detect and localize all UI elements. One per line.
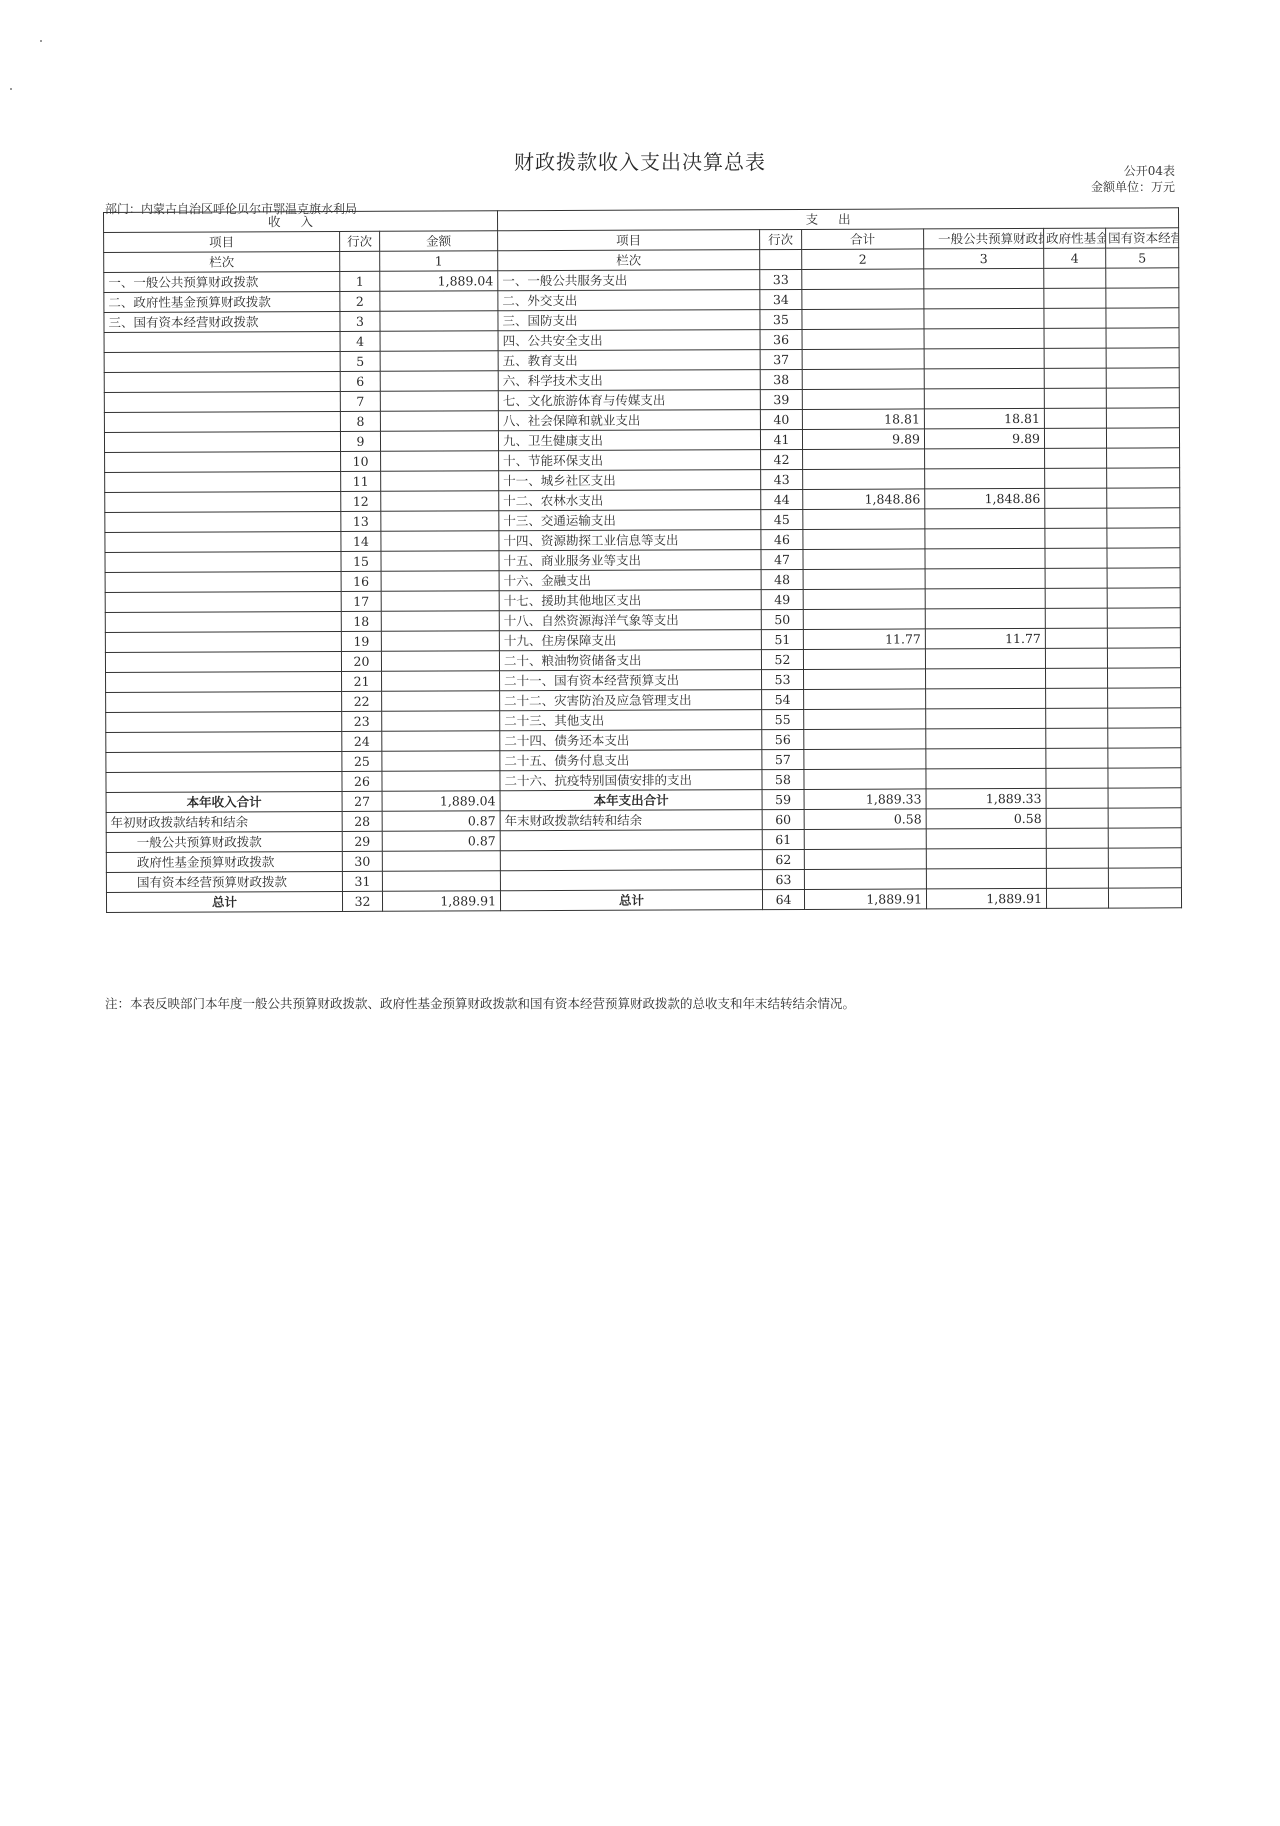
income-line-cell: 8: [340, 411, 380, 431]
income-item-cell: [104, 371, 340, 392]
index-label: 栏次: [104, 251, 340, 272]
expense-line-cell: 62: [762, 849, 804, 869]
expense-item-cell: 本年支出合计: [500, 790, 762, 811]
expense-line-cell: 41: [760, 429, 802, 449]
expense-item-cell: 二十六、抗疫特别国债安排的支出: [500, 770, 762, 791]
expense-general-cell: 9.89: [924, 428, 1044, 449]
expense-item-cell: 二十、粮油物资储备支出: [499, 650, 761, 671]
expense-state-capital-cell: [1106, 388, 1179, 408]
expense-general-cell: [925, 568, 1045, 589]
col-income-amount: 金额: [380, 231, 498, 252]
income-amount-cell: [381, 571, 499, 592]
income-amount-cell: [381, 531, 499, 552]
expense-gov-fund-cell: [1044, 268, 1106, 288]
expense-line-cell: 54: [762, 689, 804, 709]
expense-state-capital-cell: [1108, 788, 1181, 808]
expense-gov-fund-cell: [1045, 488, 1107, 508]
expense-total-cell: 1,889.33: [804, 789, 926, 810]
expense-state-capital-cell: [1107, 668, 1180, 688]
income-line-cell: 12: [341, 491, 381, 511]
expense-state-capital-cell: [1108, 888, 1181, 908]
expense-line-cell: 42: [761, 449, 803, 469]
income-item-cell: [105, 471, 341, 492]
index-1: 1: [380, 251, 498, 272]
expense-state-capital-cell: [1106, 348, 1179, 368]
income-amount-cell: [381, 591, 499, 612]
expense-total-cell: [804, 669, 926, 690]
expense-line-cell: 40: [760, 409, 802, 429]
income-line-cell: 28: [342, 811, 382, 831]
index-4: 4: [1044, 248, 1106, 268]
amount-unit: 金额单位：万元: [1091, 178, 1175, 195]
income-item-cell: 本年收入合计: [106, 791, 342, 812]
expense-total-cell: [803, 529, 925, 550]
expense-state-capital-cell: [1107, 548, 1180, 568]
expense-state-capital-cell: [1107, 608, 1180, 628]
expense-general-cell: [924, 348, 1044, 369]
expense-general-cell: [925, 508, 1045, 529]
expense-item-cell: 五、教育支出: [498, 350, 760, 371]
expense-total-cell: [802, 309, 924, 330]
income-item-cell: 政府性基金预算财政拨款: [106, 851, 342, 872]
expense-gov-fund-cell: [1045, 588, 1107, 608]
income-line-cell: 20: [341, 651, 381, 671]
income-amount-cell: [380, 391, 498, 412]
expense-state-capital-cell: [1106, 308, 1179, 328]
income-line-cell: 4: [340, 331, 380, 351]
income-item-cell: [104, 351, 340, 372]
expense-state-capital-cell: [1108, 868, 1181, 888]
expense-total-cell: 1,848.86: [803, 489, 925, 510]
expense-general-cell: [926, 868, 1046, 889]
income-amount-cell: [380, 411, 498, 432]
expense-gov-fund-cell: [1045, 448, 1107, 468]
income-amount-cell: [382, 751, 500, 772]
income-line-cell: 32: [342, 891, 382, 911]
expense-item-cell: 二十三、其他支出: [500, 710, 762, 731]
expense-item-cell: [500, 870, 762, 891]
expense-gov-fund-cell: [1046, 808, 1108, 828]
expense-state-capital-cell: [1108, 848, 1181, 868]
table-row: 总计321,889.91总计641,889.911,889.91: [106, 888, 1181, 913]
expense-item-cell: 年末财政拨款结转和结余: [500, 810, 762, 831]
expense-item-cell: 六、科学技术支出: [498, 370, 760, 391]
expense-gov-fund-cell: [1045, 568, 1107, 588]
income-line-cell: 2: [340, 291, 380, 311]
expense-gov-fund-cell: [1044, 348, 1106, 368]
expense-gov-fund-cell: [1046, 848, 1108, 868]
expense-item-cell: 十二、农林水支出: [499, 490, 761, 511]
income-amount-cell: [380, 351, 498, 372]
expense-gov-fund-cell: [1046, 668, 1108, 688]
expense-general-cell: 18.81: [924, 408, 1044, 429]
col-expense-item: 项目: [498, 230, 760, 251]
expense-state-capital-cell: [1107, 568, 1180, 588]
page-title: 财政拨款收入支出决算总表: [0, 146, 1280, 175]
expense-total-cell: 9.89: [802, 429, 924, 450]
income-amount-cell: [382, 771, 500, 792]
expense-gov-fund-cell: [1044, 308, 1106, 328]
expense-state-capital-cell: [1108, 748, 1181, 768]
expense-gov-fund-cell: [1046, 688, 1108, 708]
income-amount-cell: [382, 871, 500, 892]
expense-line-cell: 34: [760, 289, 802, 309]
col-expense-line: 行次: [760, 229, 802, 249]
expense-state-capital-cell: [1108, 708, 1181, 728]
expense-item-cell: 十五、商业服务业等支出: [499, 550, 761, 571]
expense-gov-fund-cell: [1044, 408, 1106, 428]
expense-general-cell: [926, 708, 1046, 729]
income-item-cell: [106, 691, 342, 712]
income-line-cell: 13: [341, 511, 381, 531]
income-line-cell: 9: [340, 431, 380, 451]
expense-general-cell: [926, 668, 1046, 689]
income-item-cell: [105, 511, 341, 532]
col-expense-state-capital: 国有资本经营预算财政拨款: [1106, 228, 1179, 248]
expense-general-cell: [926, 848, 1046, 869]
expense-total-cell: [803, 469, 925, 490]
income-item-cell: [105, 651, 341, 672]
expense-total-cell: [803, 569, 925, 590]
income-line-cell: 14: [341, 531, 381, 551]
expense-general-cell: [924, 308, 1044, 329]
form-code: 公开04表: [1124, 162, 1175, 179]
expense-total-cell: [804, 749, 926, 770]
expense-state-capital-cell: [1106, 368, 1179, 388]
expense-line-cell: 47: [761, 549, 803, 569]
expense-total-cell: 0.58: [804, 809, 926, 830]
income-amount-cell: [381, 611, 499, 632]
expense-gov-fund-cell: [1046, 748, 1108, 768]
expense-total-cell: [802, 389, 924, 410]
expense-total-cell: [803, 589, 925, 610]
expense-line-cell: 33: [760, 269, 802, 289]
expense-total-cell: [804, 829, 926, 850]
expense-item-cell: 十、节能环保支出: [499, 450, 761, 471]
expense-item-cell: 十八、自然资源海洋气象等支出: [499, 610, 761, 631]
income-amount-cell: [381, 651, 499, 672]
expense-gov-fund-cell: [1046, 888, 1108, 908]
expense-item-cell: 十九、住房保障支出: [499, 630, 761, 651]
income-amount-cell: [381, 451, 499, 472]
income-item-cell: 总计: [106, 891, 342, 912]
income-amount-cell: [382, 731, 500, 752]
expense-total-cell: 1,889.91: [804, 889, 926, 910]
expense-gov-fund-cell: [1046, 788, 1108, 808]
expense-line-cell: 56: [762, 729, 804, 749]
index-5: 5: [1106, 248, 1179, 268]
expense-general-cell: [926, 688, 1046, 709]
expense-state-capital-cell: [1106, 328, 1179, 348]
income-item-cell: [105, 531, 341, 552]
income-item-cell: 一般公共预算财政拨款: [106, 831, 342, 852]
income-line-cell: 6: [340, 371, 380, 391]
expense-line-cell: 51: [761, 629, 803, 649]
expense-item-cell: 十三、交通运输支出: [499, 510, 761, 531]
expense-general-cell: [925, 548, 1045, 569]
expense-item-cell: 十四、资源勘探工业信息等支出: [499, 530, 761, 551]
income-amount-cell: [380, 291, 498, 312]
expense-total-cell: [803, 549, 925, 570]
col-expense-total: 合计: [802, 229, 924, 250]
income-line-cell: 11: [341, 471, 381, 491]
expense-gov-fund-cell: [1046, 828, 1108, 848]
expense-general-cell: 1,848.86: [925, 488, 1045, 509]
income-item-cell: 三、国有资本经营财政拨款: [104, 311, 340, 332]
expense-total-cell: [804, 869, 926, 890]
income-line-cell: 25: [342, 751, 382, 771]
expense-item-cell: 二十一、国有资本经营预算支出: [500, 670, 762, 691]
income-section-header: 收入: [104, 211, 498, 233]
expense-state-capital-cell: [1107, 448, 1180, 468]
income-item-cell: 年初财政拨款结转和结余: [106, 811, 342, 832]
income-amount-cell: 1,889.04: [382, 791, 500, 812]
col-expense-gov-fund: 政府性基金预算财政拨款: [1044, 228, 1106, 248]
expense-total-cell: [802, 289, 924, 310]
expense-state-capital-cell: [1106, 288, 1179, 308]
expense-line-cell: 39: [760, 389, 802, 409]
income-item-cell: [105, 451, 341, 472]
expense-gov-fund-cell: [1046, 708, 1108, 728]
income-amount-cell: [381, 631, 499, 652]
income-item-cell: [106, 671, 342, 692]
income-line-cell: 18: [341, 611, 381, 631]
expense-total-cell: [804, 769, 926, 790]
expense-gov-fund-cell: [1044, 288, 1106, 308]
document-page: 财政拨款收入支出决算总表 公开04表 金额单位：万元 部门：内蒙古自治区呼伦贝尔…: [0, 0, 1280, 1826]
expense-line-cell: 55: [762, 709, 804, 729]
income-item-cell: 二、政府性基金预算财政拨款: [104, 291, 340, 312]
expense-total-cell: [802, 329, 924, 350]
income-item-cell: [106, 771, 342, 792]
expense-total-cell: [803, 509, 925, 530]
income-amount-cell: [382, 691, 500, 712]
expense-line-cell: 61: [762, 829, 804, 849]
income-amount-cell: [381, 511, 499, 532]
expense-item-cell: 四、公共安全支出: [498, 330, 760, 351]
expense-total-cell: [802, 349, 924, 370]
income-item-cell: [105, 591, 341, 612]
expense-item-cell: 一、一般公共服务支出: [498, 270, 760, 291]
expense-total-cell: [803, 649, 925, 670]
expense-general-cell: [925, 468, 1045, 489]
expense-line-cell: 63: [762, 869, 804, 889]
expense-gov-fund-cell: [1045, 508, 1107, 528]
income-amount-cell: [380, 331, 498, 352]
expense-general-cell: [925, 528, 1045, 549]
income-line-cell: 23: [342, 711, 382, 731]
expense-total-cell: 18.81: [802, 409, 924, 430]
expense-line-cell: 60: [762, 809, 804, 829]
income-item-cell: 国有资本经营预算财政拨款: [106, 871, 342, 892]
expense-line-cell: 45: [761, 509, 803, 529]
expense-state-capital-cell: [1107, 468, 1180, 488]
expense-general-cell: 0.58: [926, 808, 1046, 829]
expense-line-cell: 59: [762, 789, 804, 809]
expense-general-cell: [926, 728, 1046, 749]
expense-state-capital-cell: [1106, 268, 1179, 288]
expense-gov-fund-cell: [1044, 428, 1106, 448]
expense-line-cell: 48: [761, 569, 803, 589]
expense-gov-fund-cell: [1045, 468, 1107, 488]
expense-total-cell: 11.77: [803, 629, 925, 650]
expense-total-cell: [803, 609, 925, 630]
expense-gov-fund-cell: [1045, 628, 1107, 648]
income-amount-cell: [382, 711, 500, 732]
expense-line-cell: 35: [760, 309, 802, 329]
expense-line-cell: 36: [760, 329, 802, 349]
expense-line-cell: 44: [761, 489, 803, 509]
income-item-cell: [105, 631, 341, 652]
expense-gov-fund-cell: [1045, 548, 1107, 568]
expense-total-cell: [802, 369, 924, 390]
expense-general-cell: [925, 448, 1045, 469]
expense-item-cell: 二十二、灾害防治及应急管理支出: [500, 690, 762, 711]
expense-item-cell: 八、社会保障和就业支出: [498, 410, 760, 431]
expense-state-capital-cell: [1106, 428, 1179, 448]
expense-general-cell: 1,889.33: [926, 788, 1046, 809]
income-line-cell: 16: [341, 571, 381, 591]
expense-item-cell: 七、文化旅游体育与传媒支出: [498, 390, 760, 411]
expense-gov-fund-cell: [1045, 648, 1107, 668]
expense-line-cell: 52: [761, 649, 803, 669]
expense-line-cell: 57: [762, 749, 804, 769]
expense-state-capital-cell: [1107, 528, 1180, 548]
expense-gov-fund-cell: [1046, 868, 1108, 888]
income-item-cell: [106, 751, 342, 772]
expense-state-capital-cell: [1108, 768, 1181, 788]
expense-item-cell: 二十四、债务还本支出: [500, 730, 762, 751]
income-amount-cell: [380, 431, 498, 452]
expense-gov-fund-cell: [1044, 368, 1106, 388]
income-line-cell: 7: [340, 391, 380, 411]
expense-state-capital-cell: [1108, 728, 1181, 748]
income-line-cell: 17: [341, 591, 381, 611]
expense-item-cell: 十六、金融支出: [499, 570, 761, 591]
income-line-cell: 27: [342, 791, 382, 811]
expense-item-cell: 三、国防支出: [498, 310, 760, 331]
expense-general-cell: [925, 608, 1045, 629]
income-item-cell: [104, 431, 340, 452]
expense-line-cell: 37: [760, 349, 802, 369]
income-amount-cell: [382, 851, 500, 872]
expense-state-capital-cell: [1108, 688, 1181, 708]
expense-state-capital-cell: [1107, 508, 1180, 528]
income-line-cell: 24: [342, 731, 382, 751]
expense-line-cell: 43: [761, 469, 803, 489]
income-amount-cell: [381, 491, 499, 512]
income-amount-cell: [380, 311, 498, 332]
expense-line-cell: 64: [762, 889, 804, 909]
expense-state-capital-cell: [1108, 808, 1181, 828]
income-item-cell: [105, 491, 341, 512]
index-3: 3: [924, 248, 1044, 269]
income-item-cell: [104, 411, 340, 432]
expense-gov-fund-cell: [1044, 388, 1106, 408]
income-line-cell: 10: [341, 451, 381, 471]
expense-gov-fund-cell: [1045, 608, 1107, 628]
income-amount-cell: [381, 551, 499, 572]
expense-general-cell: [926, 828, 1046, 849]
col-income-item: 项目: [104, 231, 340, 252]
expense-total-cell: [802, 269, 924, 290]
expense-gov-fund-cell: [1046, 728, 1108, 748]
expense-gov-fund-cell: [1044, 328, 1106, 348]
expense-general-cell: [924, 328, 1044, 349]
scan-speck: [40, 40, 42, 42]
expense-state-capital-cell: [1107, 628, 1180, 648]
expense-total-cell: [804, 729, 926, 750]
expense-item-cell: 九、卫生健康支出: [498, 430, 760, 451]
income-line-cell: 30: [342, 851, 382, 871]
footnote: 注：本表反映部门本年度一般公共预算财政拨款、政府性基金预算财政拨款和国有资本经营…: [105, 994, 855, 1012]
income-amount-cell: [381, 471, 499, 492]
expense-gov-fund-cell: [1046, 768, 1108, 788]
col-expense-general: 一般公共预算财政拨款: [924, 228, 1044, 249]
income-item-cell: 一、一般公共预算财政拨款: [104, 271, 340, 292]
income-item-cell: [106, 711, 342, 732]
expense-total-cell: [804, 689, 926, 710]
income-item-cell: [105, 611, 341, 632]
income-item-cell: [104, 391, 340, 412]
index-label-expense: 栏次: [498, 250, 760, 271]
expense-total-cell: [804, 849, 926, 870]
expense-item-cell: 十七、援助其他地区支出: [499, 590, 761, 611]
expense-general-cell: [924, 388, 1044, 409]
income-line-cell: 22: [342, 691, 382, 711]
income-item-cell: [105, 571, 341, 592]
income-line-cell: 26: [342, 771, 382, 791]
expense-total-cell: [804, 709, 926, 730]
income-item-cell: [106, 731, 342, 752]
expense-item-cell: 十一、城乡社区支出: [499, 470, 761, 491]
expense-line-cell: 53: [762, 669, 804, 689]
income-amount-cell: 0.87: [382, 811, 500, 832]
income-line-cell: 5: [340, 351, 380, 371]
expense-state-capital-cell: [1108, 828, 1181, 848]
income-line-cell: 19: [341, 631, 381, 651]
income-line-cell: 1: [340, 271, 380, 291]
income-amount-cell: 1,889.04: [380, 271, 498, 292]
expense-item-cell: [500, 830, 762, 851]
income-line-cell: 31: [342, 871, 382, 891]
expense-state-capital-cell: [1107, 588, 1180, 608]
expense-state-capital-cell: [1107, 648, 1180, 668]
expense-line-cell: 49: [761, 589, 803, 609]
income-line-cell: 15: [341, 551, 381, 571]
expense-item-cell: 二、外交支出: [498, 290, 760, 311]
expense-gov-fund-cell: [1045, 528, 1107, 548]
expense-item-cell: 二十五、债务付息支出: [500, 750, 762, 771]
income-item-cell: [105, 551, 341, 572]
expense-line-cell: 58: [762, 769, 804, 789]
expense-general-cell: [925, 648, 1045, 669]
income-amount-cell: [382, 671, 500, 692]
expense-state-capital-cell: [1106, 408, 1179, 428]
col-income-line: 行次: [340, 231, 380, 251]
expense-general-cell: [924, 368, 1044, 389]
expense-state-capital-cell: [1107, 488, 1180, 508]
income-line-cell: 3: [340, 311, 380, 331]
expense-general-cell: 1,889.91: [926, 888, 1046, 909]
income-item-cell: [104, 331, 340, 352]
expense-general-cell: [924, 268, 1044, 289]
expense-line-cell: 38: [760, 369, 802, 389]
scan-speck: [10, 88, 12, 90]
index-2: 2: [802, 249, 924, 270]
income-amount-cell: [380, 371, 498, 392]
expense-general-cell: [926, 768, 1046, 789]
